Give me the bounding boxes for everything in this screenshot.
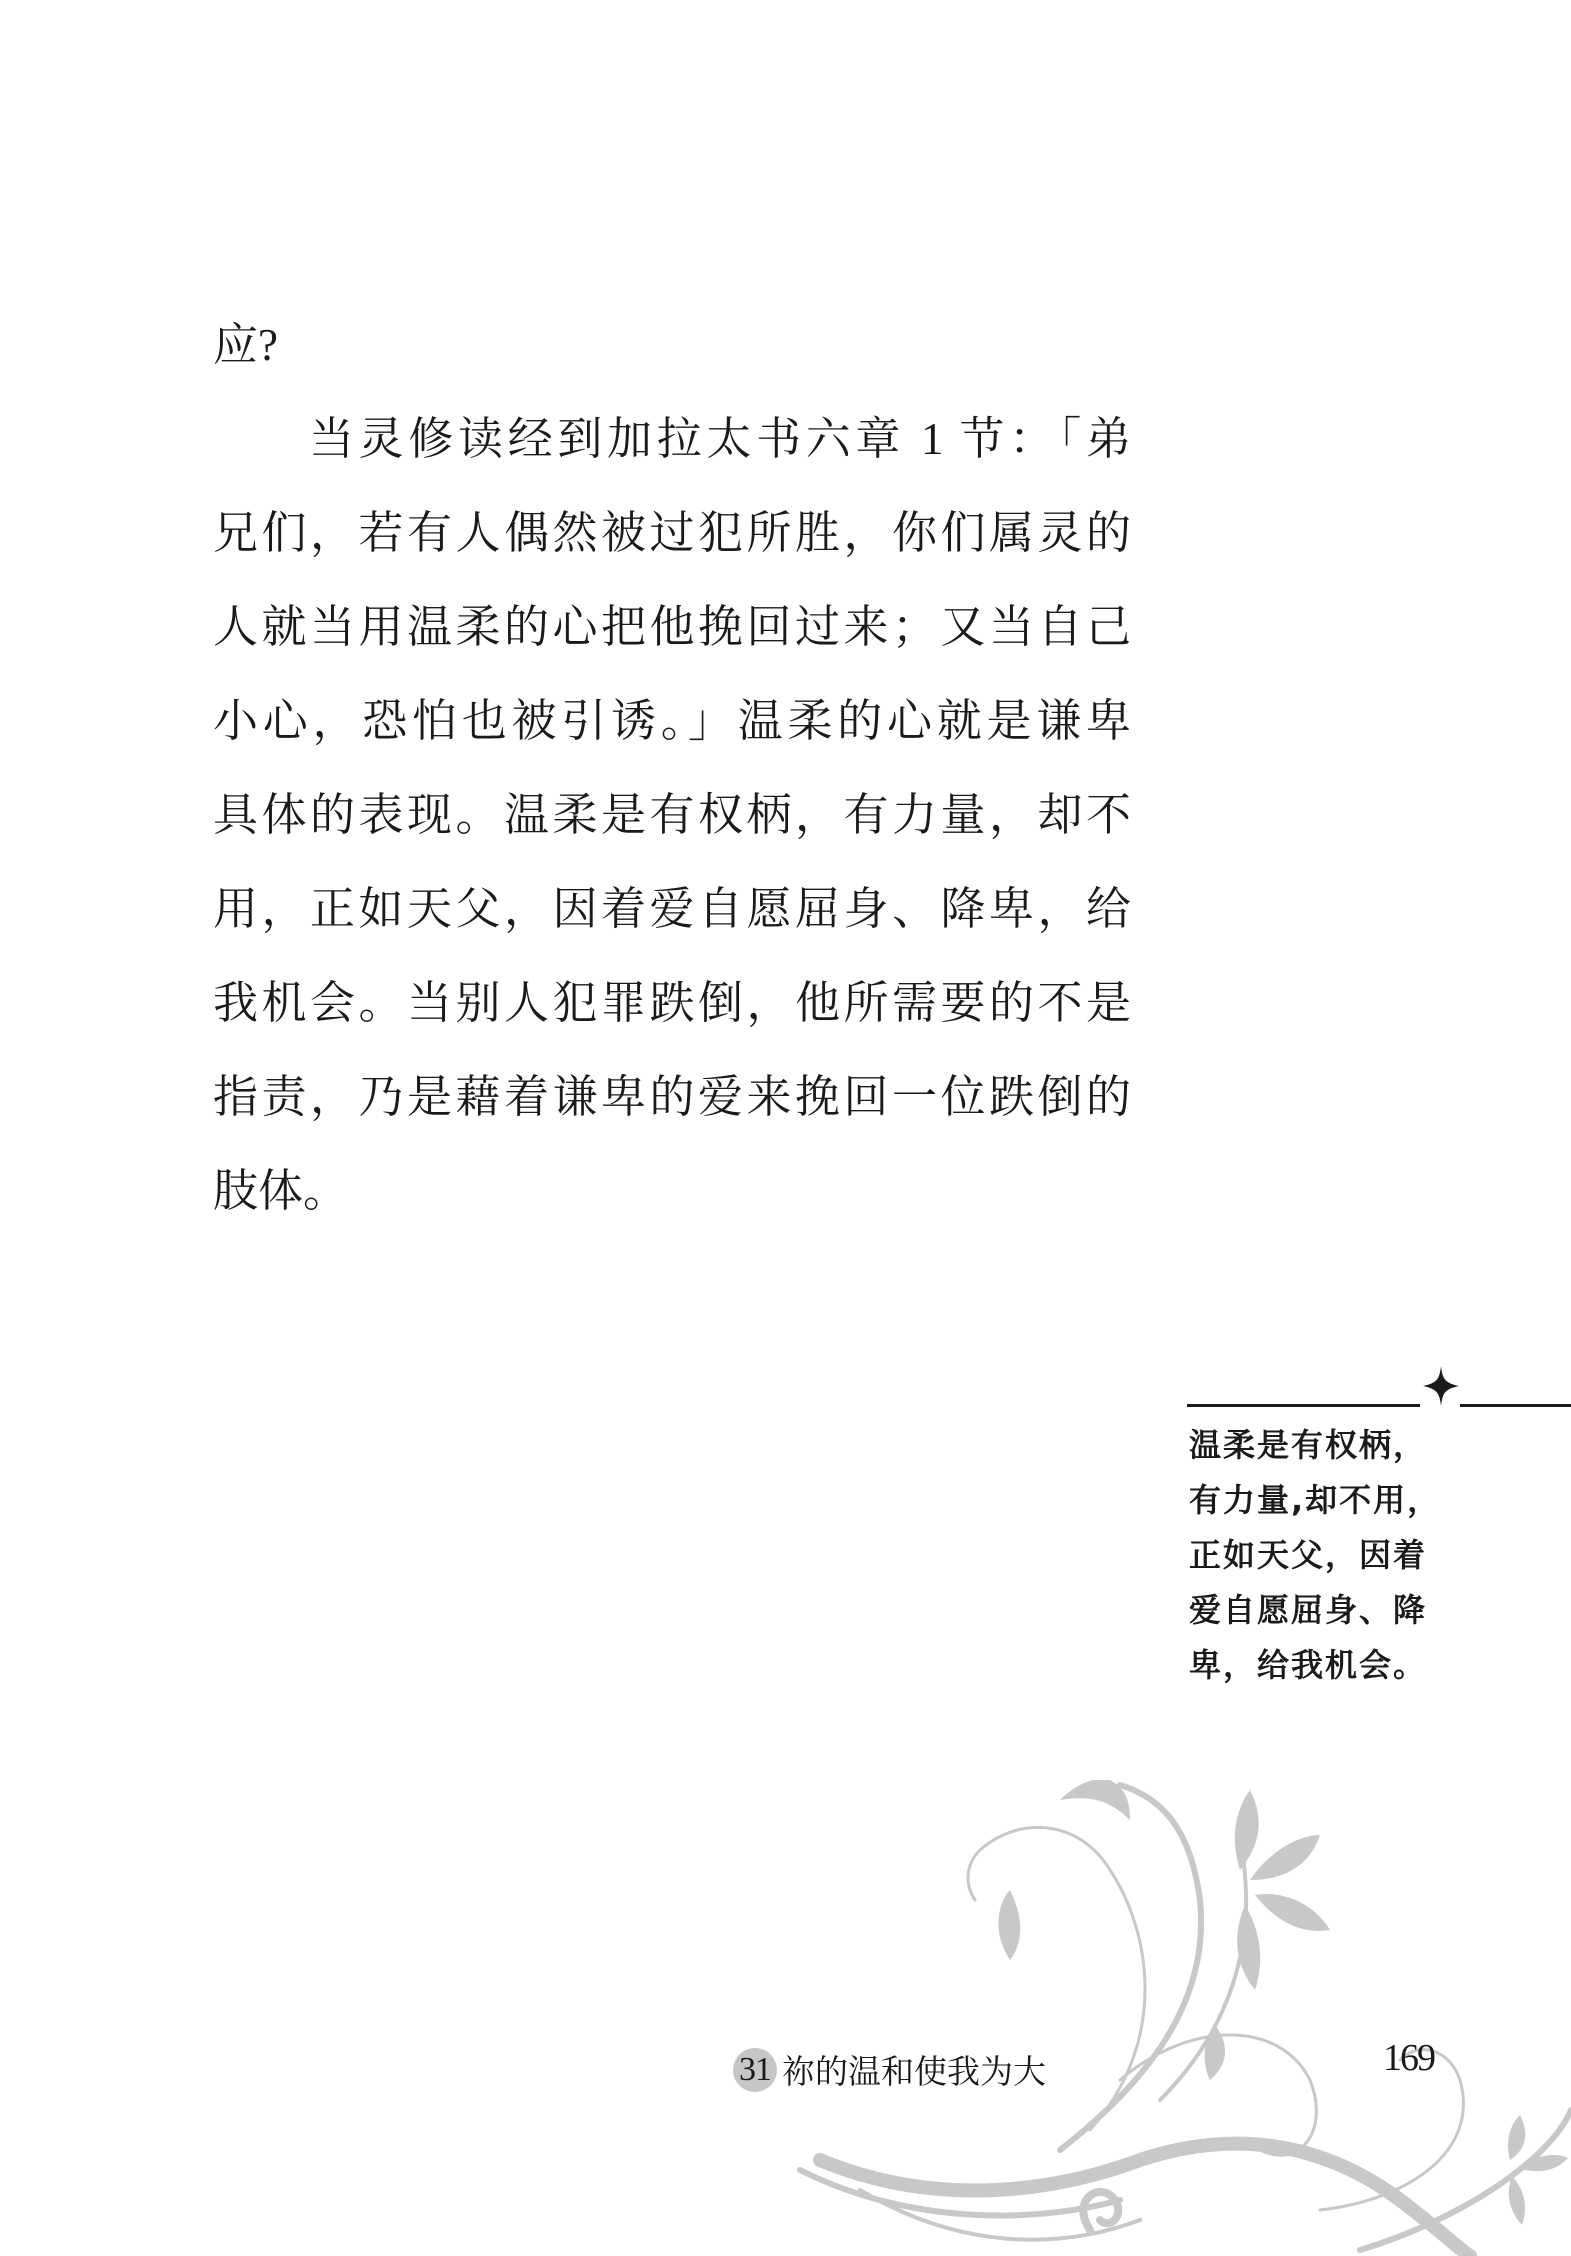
pullquote-line: 爱自愿屈身、降 [1189, 1583, 1489, 1638]
pullquote-line: 温柔是有权柄， [1189, 1418, 1489, 1473]
running-footer-title: 祢的温和使我为大 [782, 2046, 1046, 2093]
pullquote: 温柔是有权柄， 有力量,却不用， 正如天父，因着 爱自愿屈身、降 卑，给我机会。 [1189, 1418, 1489, 1693]
body-line: 当灵修读经到加拉太书六章 1 节：「弟 [213, 406, 1131, 500]
body-line: 我机会。当别人犯罪跌倒，他所需要的不是 [213, 970, 1131, 1064]
page-number: 169 [1383, 2036, 1434, 2080]
pullquote-line: 卑，给我机会。 [1189, 1638, 1489, 1693]
body-line: 兄们，若有人偶然被过犯所胜，你们属灵的 [213, 500, 1131, 594]
pullquote-line: 有力量,却不用， [1189, 1473, 1489, 1528]
body-line: 用，正如天父，因着爱自愿屈身、降卑，给 [213, 876, 1131, 970]
floral-swirl-ornament-icon [760, 1780, 1571, 2256]
body-line: 小心，恐怕也被引诱。」温柔的心就是谦卑 [213, 688, 1131, 782]
four-point-star-icon [1423, 1366, 1459, 1406]
pullquote-line: 正如天父，因着 [1189, 1528, 1489, 1583]
chapter-number-badge: 31 [733, 2048, 777, 2092]
body-line: 肢体。 [213, 1158, 1131, 1252]
body-line: 指责，乃是藉着谦卑的爱来挽回一位跌倒的 [213, 1064, 1131, 1158]
body-line: 应? [213, 312, 1131, 406]
body-text: 应? 当灵修读经到加拉太书六章 1 节：「弟 兄们，若有人偶然被过犯所胜，你们属… [213, 312, 1131, 1252]
book-page: 应? 当灵修读经到加拉太书六章 1 节：「弟 兄们，若有人偶然被过犯所胜，你们属… [0, 0, 1571, 2256]
pullquote-divider [1187, 1404, 1571, 1407]
body-line: 具体的表现。温柔是有权柄，有力量，却不 [213, 782, 1131, 876]
body-line: 人就当用温柔的心把他挽回过来；又当自己 [213, 594, 1131, 688]
